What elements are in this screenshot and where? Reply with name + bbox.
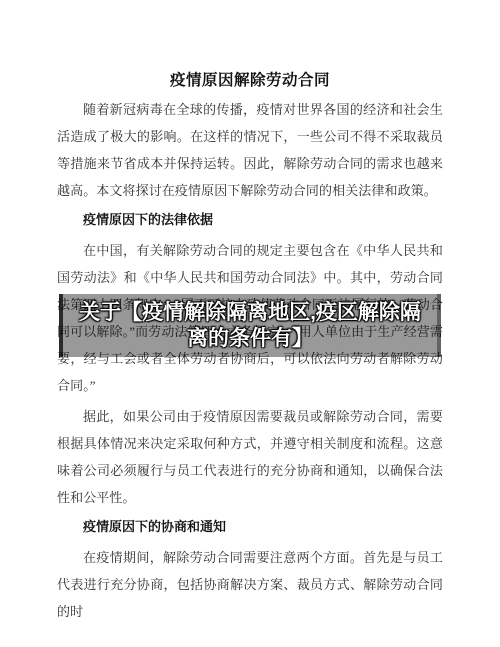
article-title: 疫情原因解除劳动合同 (57, 68, 443, 94)
section-heading-consultation: 疫情原因下的协商和通知 (57, 515, 443, 538)
paragraph-consultation: 在疫情期间，解除劳动合同需要注意两个方面。首先是与员工代表进行充分协商，包括协商… (57, 544, 443, 625)
article-page: 疫情原因解除劳动合同 随着新冠病毒在全球的传播，疫情对世界各国的经济和社会生活造… (0, 0, 500, 647)
overlay-caption-text: 关于【疫情解除隔离地区,疫区解除隔离的条件有】 (70, 300, 430, 352)
paragraph-intro: 随着新冠病毒在全球的传播，疫情对世界各国的经济和社会生活造成了极大的影响。在这样… (57, 96, 443, 204)
section-heading-legal-basis: 疫情原因下的法律依据 (57, 208, 443, 231)
paragraph-procedure: 据此，如果公司由于疫情原因需要裁员或解除劳动合同，需要根据具体情况来决定采取何种… (57, 403, 443, 511)
overlay-caption-band: 关于【疫情解除隔离地区,疫区解除隔离的条件有】 (59, 294, 441, 357)
